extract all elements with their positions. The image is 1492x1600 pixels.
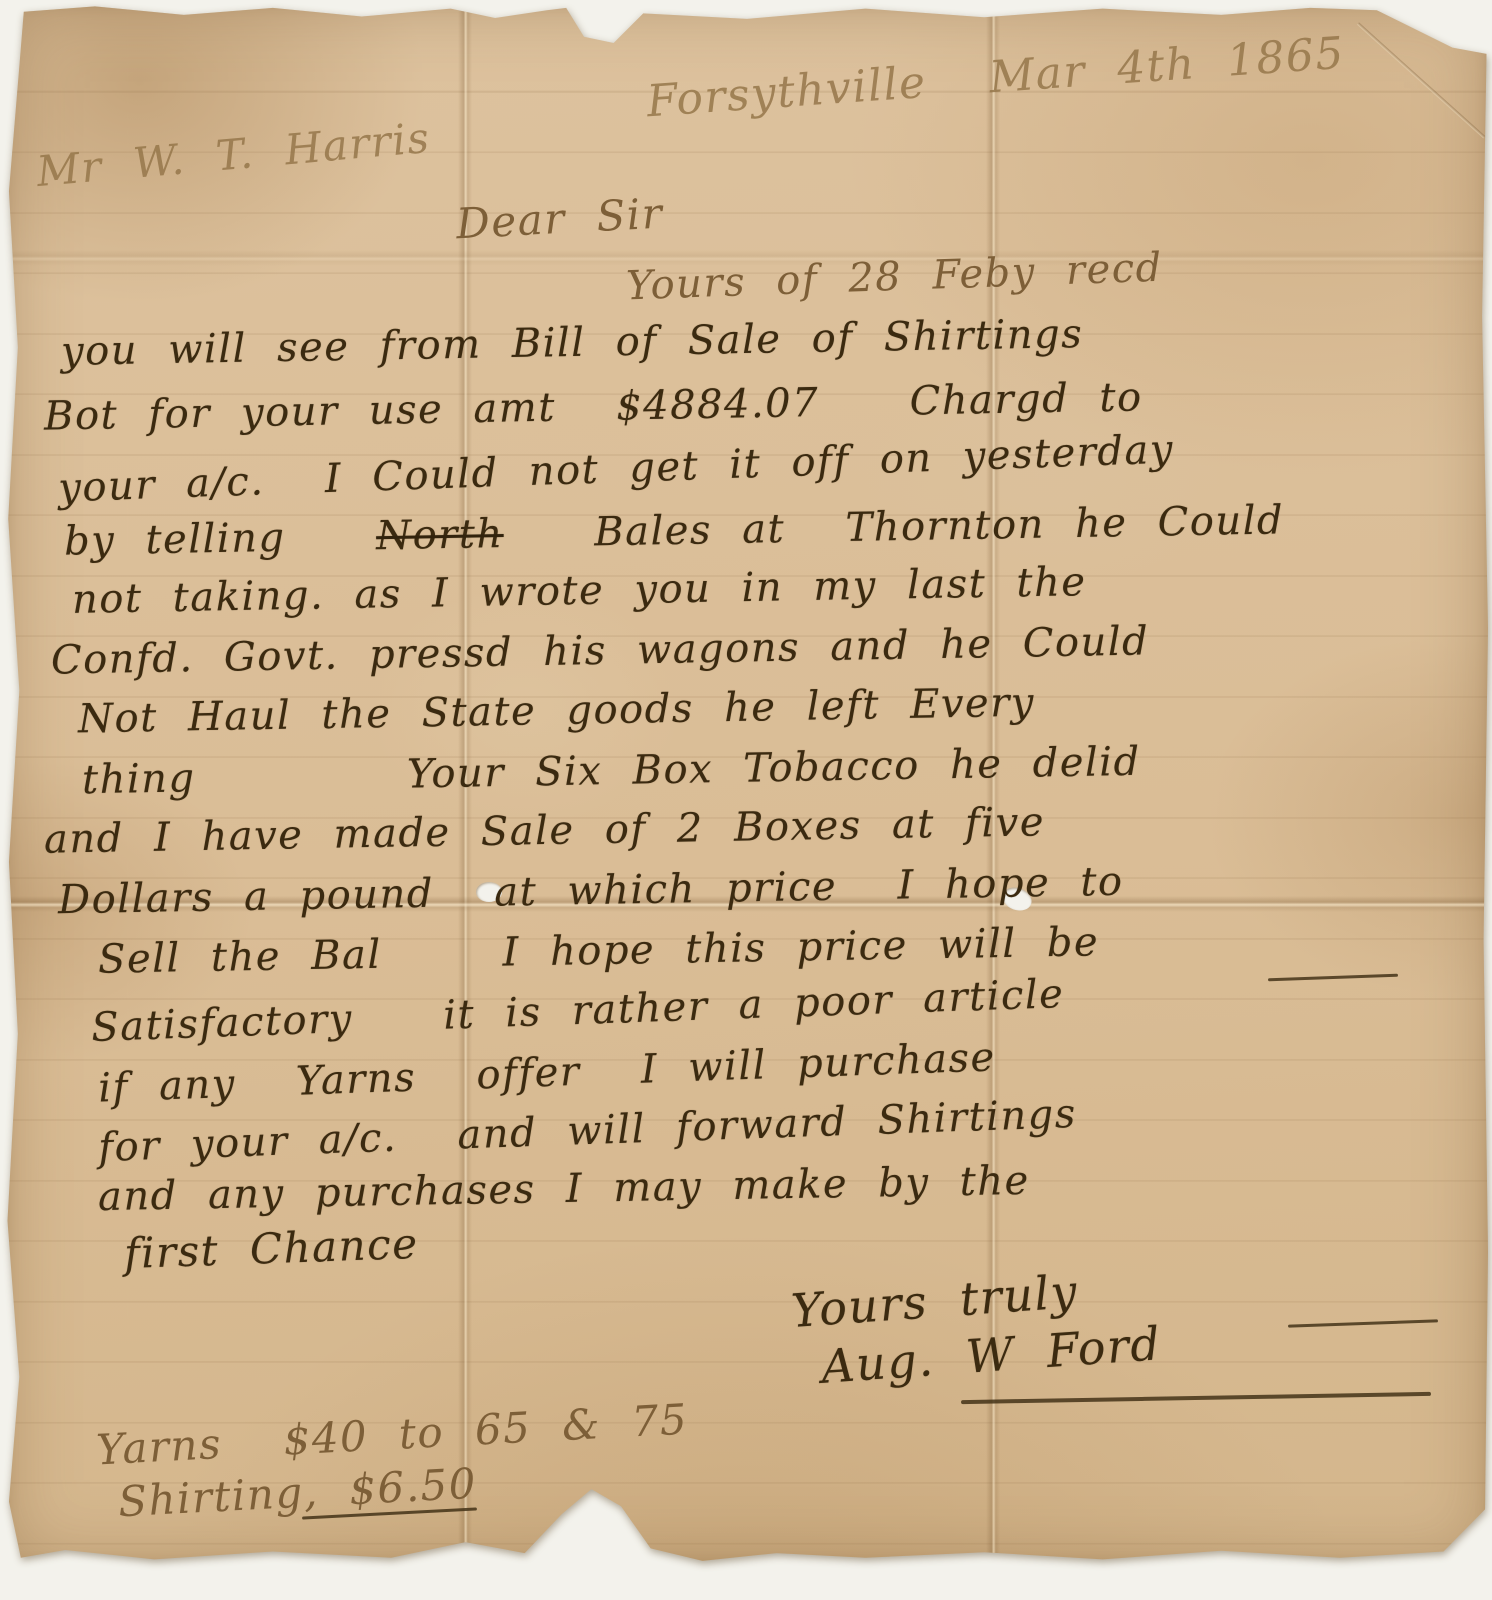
letter-line-body-line-2: you will see from Bill of Sale of Shirti… (61, 311, 1084, 375)
letter-line-body-line-11: Dollars a pound at which price I hope to (58, 859, 1124, 924)
struck-out-word: North (376, 511, 504, 559)
letter-line-body-line-5: by telling North Bales at Thornton he Co… (64, 497, 1285, 564)
letter-line-body-line-7: Confd. Govt. pressd his wagons and he Co… (51, 618, 1150, 683)
letter-line-body-line-6: not taking. as I wrote you in my last th… (72, 559, 1087, 623)
flourish-stroke (1288, 1319, 1438, 1327)
letter-line-body-line-3: Bot for your use amt $4884.07 Chargd to (44, 374, 1143, 439)
letter-line-addressee: Mr W. T. Harris (35, 113, 433, 196)
letter-paper: Forsythville Mar 4th 1865Mr W. T. Harris… (6, 4, 1488, 1564)
underline-stroke (1268, 974, 1398, 982)
letter-line-body-line-8: Not Haul the State goods he left Every (78, 680, 1036, 743)
letter-line-body-line-10: and I have made Sale of 2 Boxes at five (44, 799, 1046, 862)
scanned-letter: Forsythville Mar 4th 1865Mr W. T. Harris… (6, 4, 1488, 1564)
signature-flourish (961, 1392, 1431, 1404)
letter-line-body-line-9: thing Your Six Box Tobacco he delid (82, 739, 1141, 803)
letter-line-body-line-12: Sell the Bal I hope this price will be (98, 919, 1100, 982)
letter-line-body-line-17: first Chance (123, 1219, 419, 1278)
corner-crease (1357, 22, 1485, 138)
letter-line-body-line-1: Yours of 28 Feby recd (625, 245, 1163, 310)
letter-line-body-line-16: and any purchases I may make by the (98, 1158, 1030, 1220)
letter-line-salutation: Dear Sir (455, 189, 665, 249)
letter-line-body-line-4: your a/c. I Could not get it off on yest… (58, 427, 1175, 512)
letter-line-dateline: Forsythville Mar 4th 1865 (645, 28, 1346, 128)
